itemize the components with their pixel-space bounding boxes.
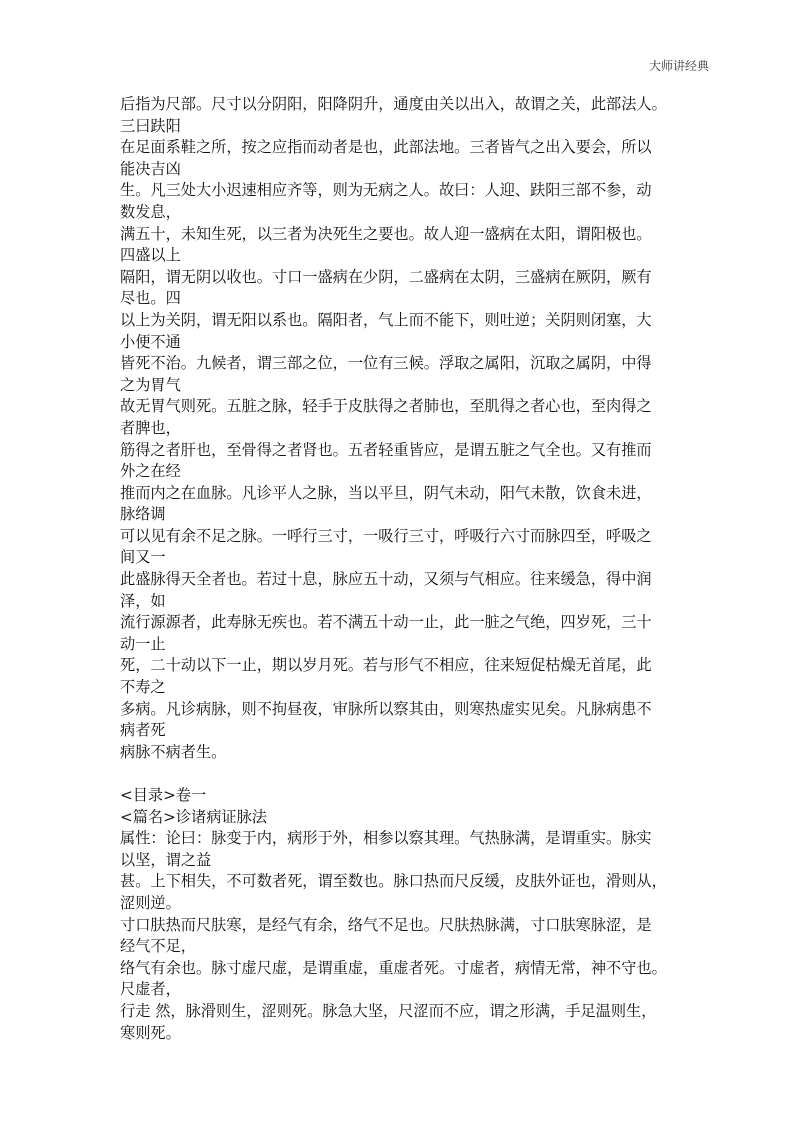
text-line: 故无胃气则死。五脏之脉，轻手于皮肤得之者肺也，至肌得之者心也，至肉得之 (120, 396, 680, 418)
text-line: 病脉不病者生。 (120, 742, 680, 764)
text-line: 尺虚者， (120, 979, 680, 1001)
text-line: 生。凡三处大小迟速相应齐等，则为无病之人。故曰：人迎、趺阳三部不参，动 (120, 180, 680, 202)
text-line: 流行源源者，此寿脉无疾也。若不满五十动一止，此一脏之气绝，四岁死，三十 (120, 612, 680, 634)
text-line: 在足面系鞋之所，按之应指而动者是也，此部法地。三者皆气之出入要会，所以 (120, 137, 680, 159)
text-line: 者脾也， (120, 418, 680, 440)
text-line: 寸口肤热而尺肤寒，是经气有余，络气不足也。尺肤热脉满，寸口肤寒脉涩，是 (120, 915, 680, 937)
text-line: 脉络调 (120, 504, 680, 526)
text-line: 外之在经 (120, 461, 680, 483)
text-line: 行走 然，脉滑则生，涩则死。脉急大坚，尺涩而不应，谓之形满，手足温则生， (120, 1001, 680, 1023)
text-line: 不寿之 (120, 677, 680, 699)
text-line: 病者死 (120, 720, 680, 742)
text-line: 可以见有余不足之脉。一呼行三寸，一吸行三寸，呼吸行六寸而脉四至，呼吸之 (120, 526, 680, 548)
paragraph-pulse-diagnosis: 后指为尺部。尺寸以分阴阳，阳降阴升，通度由关以出入，故谓之关，此部法人。 三曰趺… (120, 94, 680, 763)
blank-line (120, 763, 680, 785)
text-line: 隔阳，谓无阴以收也。寸口一盛病在少阴，二盛病在太阴，三盛病在厥阴，厥有 (120, 267, 680, 289)
text-line: 甚。上下相失，不可数者死，谓至数也。脉口热而尺反缓，皮肤外证也，滑则从， (120, 871, 680, 893)
text-line: 间又一 (120, 547, 680, 569)
text-line: 小便不通 (120, 332, 680, 354)
text-line: 后指为尺部。尺寸以分阴阳，阳降阴升，通度由关以出入，故谓之关，此部法人。 (120, 94, 680, 116)
text-line: 之为胃气 (120, 375, 680, 397)
text-line: 络气有余也。脉寸虚尺虚，是谓重虚，重虚者死。寸虚者，病情无常，神不守也。 (120, 958, 680, 980)
text-line: 满五十，未知生死，以三者为决死生之要也。故人迎一盛病在太阳，谓阳极也。 (120, 224, 680, 246)
text-line: 数发息， (120, 202, 680, 224)
text-line: 动一止 (120, 634, 680, 656)
page-header-title: 大师讲经典 (649, 57, 709, 74)
text-line: 皆死不治。九候者，谓三部之位，一位有三候。浮取之属阳，沉取之属阴，中得 (120, 353, 680, 375)
chapter-heading: <篇名>诊诸病证脉法 (120, 807, 680, 829)
text-line: 以上为关阴，谓无阳以系也。隔阳者，气上而不能下，则吐逆；关阴则闭塞，大 (120, 310, 680, 332)
text-line: 多病。凡诊病脉，则不拘昼夜，审脉所以察其由，则寒热虚实见矣。凡脉病患不 (120, 699, 680, 721)
text-line: 三曰趺阳 (120, 116, 680, 138)
text-line: 经气不足， (120, 936, 680, 958)
text-line: 尽也。四 (120, 288, 680, 310)
text-line: 死，二十动以下一止，期以岁月死。若与形气不相应，往来短促枯燥无首尾，此 (120, 655, 680, 677)
text-line: 四盛以上 (120, 245, 680, 267)
text-line: 推而内之在血脉。凡诊平人之脉，当以平旦，阴气未动，阳气未散，饮食未进， (120, 483, 680, 505)
document-body: 后指为尺部。尺寸以分阴阳，阳降阴升，通度由关以出入，故谓之关，此部法人。 三曰趺… (120, 94, 680, 1044)
text-line: 涩则逆。 (120, 893, 680, 915)
paragraph-disease-pulse: 属性：论曰：脉变于内，病形于外，相参以察其理。气热脉满，是谓重实。脉实 以坚，谓… (120, 828, 680, 1044)
text-line: 泽，如 (120, 591, 680, 613)
text-line: 属性：论曰：脉变于内，病形于外，相参以察其理。气热脉满，是谓重实。脉实 (120, 828, 680, 850)
text-line: 此盛脉得天全者也。若过十息，脉应五十动，又须与气相应。往来缓急，得中润 (120, 569, 680, 591)
text-line: 能决吉凶 (120, 159, 680, 181)
catalog-heading: <目录>卷一 (120, 785, 680, 807)
text-line: 寒则死。 (120, 1023, 680, 1045)
text-line: 筋得之者肝也，至骨得之者肾也。五者轻重皆应，是谓五脏之气全也。又有推而 (120, 440, 680, 462)
text-line: 以坚，谓之益 (120, 850, 680, 872)
